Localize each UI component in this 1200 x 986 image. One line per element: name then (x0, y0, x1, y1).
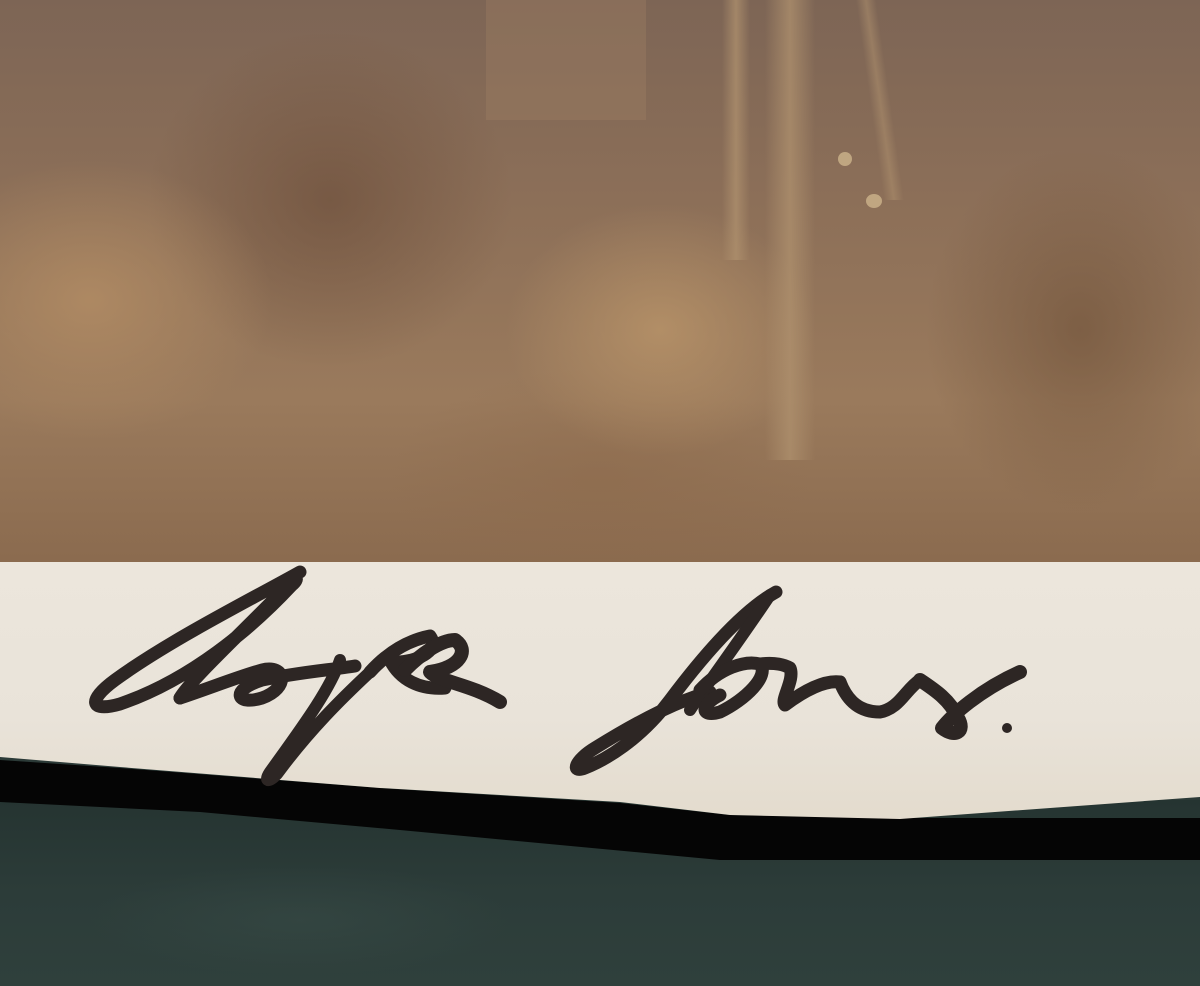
photo-detail-post (722, 0, 750, 260)
photo-detail-post (765, 0, 815, 460)
photo-detail-block (486, 0, 646, 120)
photo-speck (866, 194, 882, 208)
sepia-photograph (0, 0, 1200, 570)
photo-detail-post (856, 0, 904, 200)
photo-speck (838, 152, 852, 166)
